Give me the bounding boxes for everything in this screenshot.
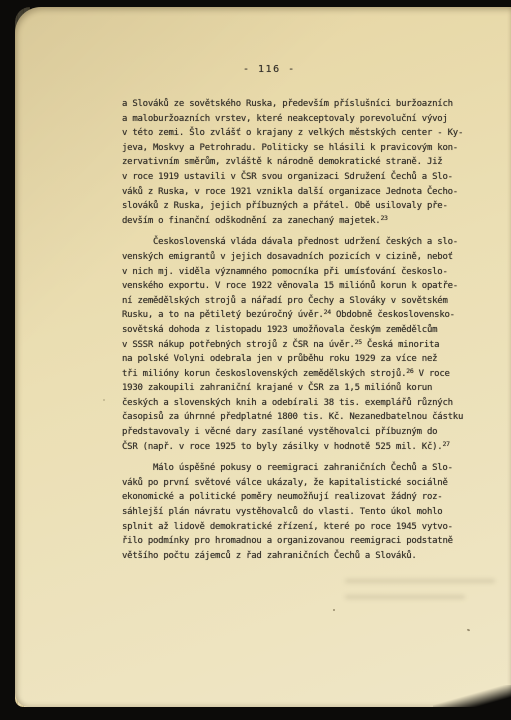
book-page: - 116 - a Slováků ze sovětského Ruska, p… [15,7,511,707]
footnote-ref: 24 [324,308,331,316]
text-line: ekonomické a politické poměry neumožňují… [122,490,474,505]
text-line: 1930 zakoupili zahraniční krajané v ČSR … [122,381,474,396]
footnote-ref: 27 [442,440,449,448]
footnote-ref: 25 [355,338,362,346]
text-line: jeva, Moskvy a Petrohradu. Politicky se … [122,141,474,156]
text-line: a maloburžoazních vrstev, které neakcept… [122,112,474,127]
text-segment: tři milióny korun československých zeměd… [122,369,406,379]
text-line: Rusku, a to na pětiletý bezúročný úvěr.2… [122,308,474,323]
text-line: českých a slovenských knih a odebírali 3… [122,396,474,411]
text-line: v této zemi. Šlo zvlášť o krajany z velk… [122,126,474,141]
text-line: v roce 1919 ustavili v ČSR svou organiza… [122,170,474,185]
text-segment: v roce 1919 ustavili v ČSR svou organiza… [122,172,453,182]
paper-speck [103,399,105,401]
text-segment: v této zemi. Šlo zvlášť o krajany z velk… [122,128,463,138]
show-through-smudge [345,595,465,599]
paragraph: a Slováků ze sovětského Ruska, především… [122,97,474,228]
text-segment: Málo úspěšné pokusy o reemigraci zahrani… [153,463,453,473]
text-segment: v nich mj. viděla významného pomocníka p… [122,267,448,277]
text-segment: devším o finanční odškodnění za zanechan… [122,216,380,226]
text-line: venských emigrantů v jejich dosavadních … [122,250,474,265]
text-segment: sovětská dohoda z listopadu 1923 umožňov… [122,325,437,335]
text-segment: ní zemědělských strojů a nářadí pro Čech… [122,296,448,306]
text-line: zervativním směrům, zvláště k národně de… [122,155,474,170]
footnote-ref: 26 [406,367,413,375]
text-line: a Slováků ze sovětského Ruska, především… [122,97,474,112]
text-segment: zervativním směrům, zvláště k národně de… [122,157,442,167]
text-line: Československá vláda dávala přednost udr… [122,235,474,250]
text-segment: slováků z Ruska, jejich příbuzných a přá… [122,201,448,211]
text-line: v nich mj. viděla významného pomocníka p… [122,265,474,280]
text-segment: jeva, Moskvy a Petrohradu. Politicky se … [122,143,458,153]
paper-speck [467,628,471,631]
text-segment: venského exportu. V roce 1922 věnovala 1… [122,281,458,291]
text-segment: představovaly i věcné dary zasílané vyst… [122,427,437,437]
text-line: řilo podmínky pro hromadnou a organizova… [122,534,474,549]
text-block: a Slováků ze sovětského Ruska, především… [122,97,474,563]
text-segment: 1930 zakoupili zahraniční krajané v ČSR … [122,383,432,393]
scan-corner-shadow [433,685,511,707]
footnote-ref: 23 [380,214,387,222]
text-line: váků po první světové válce ukázaly, že … [122,476,474,491]
text-line: v SSSR nákup potřebných strojů z ČSR na … [122,338,474,353]
text-segment: Rusku, a to na pětiletý bezúročný úvěr. [122,310,324,320]
text-segment: váků z Ruska, v roce 1921 vznikla další … [122,187,458,197]
text-line: sovětská dohoda z listopadu 1923 umožňov… [122,323,474,338]
text-segment: českých a slovenských knih a odebírali 3… [122,398,453,408]
text-segment: váků po první světové válce ukázaly, že … [122,478,448,488]
text-segment: časopisů za úhrnné předplatné 1800 tis. … [122,412,463,422]
text-line: splnit až lidově demokratické zřízení, k… [122,520,474,535]
text-line: sáhlejší plán návratu vystěhovalců do vl… [122,505,474,520]
text-line: devším o finanční odškodnění za zanechan… [122,214,474,229]
text-segment: a Slováků ze sovětského Ruska, především… [122,99,453,109]
page-number: - 116 - [243,64,296,75]
text-line: ČSR (např. v roce 1925 to byly zásilky v… [122,440,474,455]
text-line: většího počtu zájemců z řad zahraničních… [122,549,474,564]
text-segment: řilo podmínky pro hromadnou a organizova… [122,536,453,546]
text-segment: Československá vláda dávala přednost udr… [153,237,458,247]
text-line: představovaly i věcné dary zasílané vyst… [122,425,474,440]
text-segment: ekonomické a politické poměry neumožňují… [122,492,442,502]
text-segment: na polské Volyni odebrala jen v průběhu … [122,354,437,364]
text-segment: sáhlejší plán návratu vystěhovalců do vl… [122,507,442,517]
text-line: venského exportu. V roce 1922 věnovala 1… [122,279,474,294]
text-segment: v SSSR nákup potřebných strojů z ČSR na … [122,340,355,350]
text-line: váků z Ruska, v roce 1921 vznikla další … [122,185,474,200]
paragraph: Málo úspěšné pokusy o reemigraci zahrani… [122,461,474,563]
text-line: slováků z Ruska, jejich příbuzných a přá… [122,199,474,214]
text-line: Málo úspěšné pokusy o reemigraci zahrani… [122,461,474,476]
text-segment: Česká minorita [362,340,440,350]
text-segment: splnit až lidově demokratické zřízení, k… [122,522,453,532]
text-segment: ČSR (např. v roce 1925 to byly zásilky v… [122,442,442,452]
text-segment: Obdobně československo- [331,310,455,320]
paper-speck [333,609,335,611]
paragraph: Československá vláda dávala přednost udr… [122,235,474,454]
text-segment: venských emigrantů v jejich dosavadních … [122,252,453,262]
text-line: ní zemědělských strojů a nářadí pro Čech… [122,294,474,309]
text-line: na polské Volyni odebrala jen v průběhu … [122,352,474,367]
text-line: tři milióny korun československých zeměd… [122,367,474,382]
text-segment: V roce [414,369,450,379]
text-line: časopisů za úhrnné předplatné 1800 tis. … [122,410,474,425]
text-segment: většího počtu zájemců z řad zahraničních… [122,551,417,561]
text-segment: a maloburžoazních vrstev, které neakcept… [122,114,448,124]
book-scan: - 116 - a Slováků ze sovětského Ruska, p… [0,0,511,720]
show-through-smudge [345,579,495,583]
